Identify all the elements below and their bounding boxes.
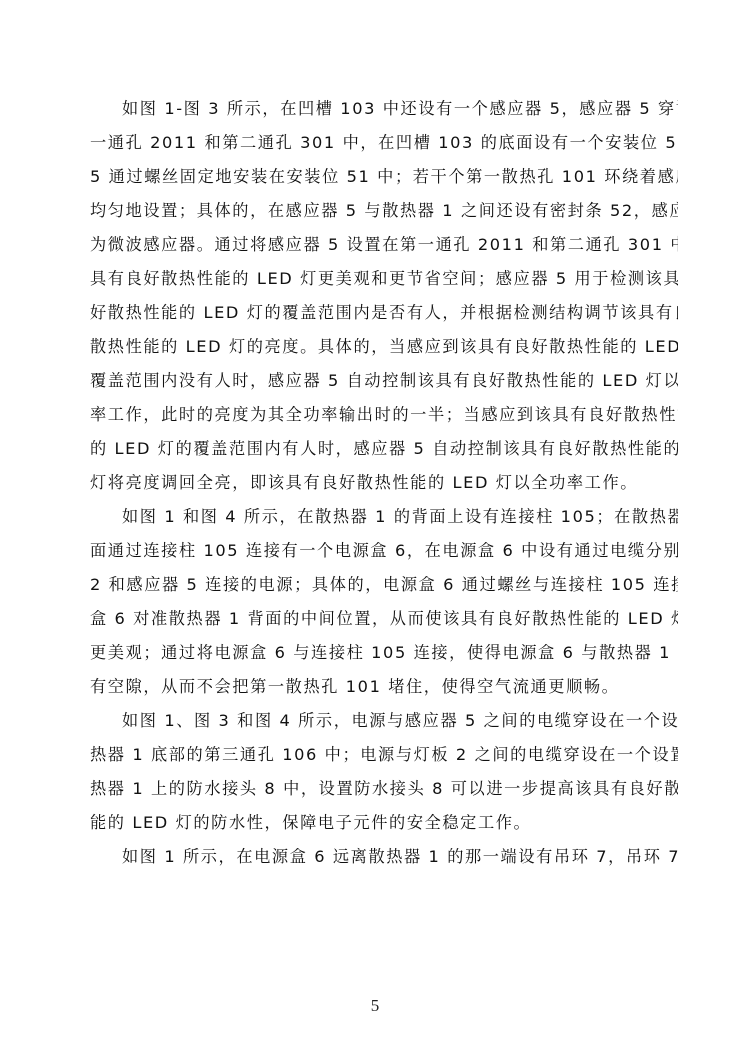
text-line: 更美观；通过将电源盒 6 与连接柱 105 连接，使得电源盒 6 与散热器 1 … [90, 636, 678, 670]
text-line: 热器 1 上的防水接头 8 中，设置防水接头 8 可以进一步提高该具有良好散热性 [90, 772, 678, 806]
text-line: 能的 LED 灯的防水性，保障电子元件的安全稳定工作。 [90, 806, 678, 840]
text-line: 好散热性能的 LED 灯的覆盖范围内是否有人，并根据检测结构调节该具有良好 [90, 296, 678, 330]
text-line: 为微波感应器。通过将感应器 5 设置在第一通孔 2011 和第二通孔 301 中… [90, 228, 678, 262]
page-number: 5 [0, 996, 750, 1016]
paragraph-cable-routing: 如图 1、图 3 和图 4 所示，电源与感应器 5 之间的电缆穿设在一个设置在散… [90, 704, 678, 840]
text-line: 率工作，此时的亮度为其全功率输出时的一半；当感应到该具有良好散热性能 [90, 398, 678, 432]
text-line: 2 和感应器 5 连接的电源；具体的，电源盒 6 通过螺丝与连接柱 105 连接… [90, 568, 678, 602]
text-line: 面通过连接柱 105 连接有一个电源盒 6，在电源盒 6 中设有通过电缆分别与灯… [90, 534, 678, 568]
text-line: 如图 1 所示，在电源盒 6 远离散热器 1 的那一端设有吊环 7，吊环 7 与… [90, 840, 678, 874]
text-line: 5 通过螺丝固定地安装在安装位 51 中；若干个第一散热孔 101 环绕着感应器… [90, 160, 678, 194]
text-line: 如图 1、图 3 和图 4 所示，电源与感应器 5 之间的电缆穿设在一个设置在散 [90, 704, 678, 738]
paragraph-sensor: 如图 1-图 3 所示，在凹槽 103 中还设有一个感应器 5，感应器 5 穿设… [90, 92, 678, 500]
body-text: 如图 1-图 3 所示，在凹槽 103 中还设有一个感应器 5，感应器 5 穿设… [90, 92, 678, 874]
text-line: 一通孔 2011 和第二通孔 301 中，在凹槽 103 的底面设有一个安装位 … [90, 126, 678, 160]
text-line: 均匀地设置；具体的，在感应器 5 与散热器 1 之间还设有密封条 52，感应器 … [90, 194, 678, 228]
paragraph-hanging-ring: 如图 1 所示，在电源盒 6 远离散热器 1 的那一端设有吊环 7，吊环 7 与… [90, 840, 678, 874]
text-line: 灯将亮度调回全亮，即该具有良好散热性能的 LED 灯以全功率工作。 [90, 466, 678, 500]
paragraph-power-box: 如图 1 和图 4 所示，在散热器 1 的背面上设有连接柱 105；在散热器 1… [90, 500, 678, 704]
text-line: 热器 1 底部的第三通孔 106 中；电源与灯板 2 之间的电缆穿设在一个设置在… [90, 738, 678, 772]
text-line: 如图 1-图 3 所示，在凹槽 103 中还设有一个感应器 5，感应器 5 穿设… [90, 92, 678, 126]
text-line: 如图 1 和图 4 所示，在散热器 1 的背面上设有连接柱 105；在散热器 1… [90, 500, 678, 534]
text-line: 的 LED 灯的覆盖范围内有人时，感应器 5 自动控制该具有良好散热性能的 LE… [90, 432, 678, 466]
text-line: 有空隙，从而不会把第一散热孔 101 堵住，使得空气流通更顺畅。 [90, 670, 678, 704]
document-page: 如图 1-图 3 所示，在凹槽 103 中还设有一个感应器 5，感应器 5 穿设… [0, 0, 750, 1060]
text-line: 散热性能的 LED 灯的亮度。具体的，当感应到该具有良好散热性能的 LED 灯的 [90, 330, 678, 364]
text-line: 具有良好散热性能的 LED 灯更美观和更节省空间；感应器 5 用于检测该具有良 [90, 262, 678, 296]
text-line: 盒 6 对准散热器 1 背面的中间位置，从而使该具有良好散热性能的 LED 灯整… [90, 602, 678, 636]
text-line: 覆盖范围内没有人时，感应器 5 自动控制该具有良好散热性能的 LED 灯以半功 [90, 364, 678, 398]
